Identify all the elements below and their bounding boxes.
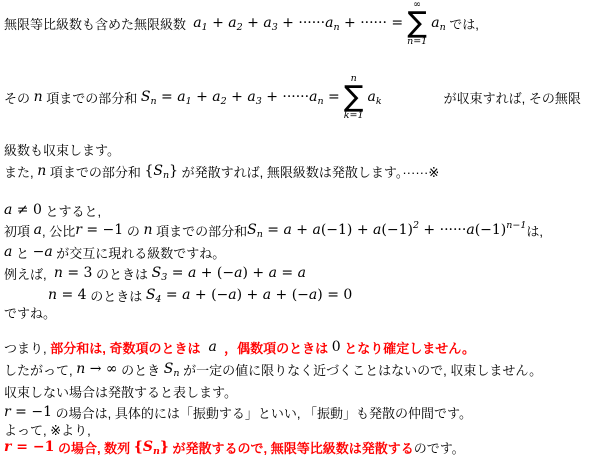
text-segment: { <box>134 439 143 455</box>
text-segment: S <box>146 287 156 303</box>
text-segment: ) = 0 <box>317 287 352 303</box>
text-segment: 1 <box>202 22 208 33</box>
text-segment: n <box>48 287 57 303</box>
text-segment: a <box>283 222 291 238</box>
text-segment: = <box>277 265 298 281</box>
partial-sum-formula-line: 初項 a, 公比r = −1 の n 項までの部分和Sn = a + a(−1)… <box>4 221 543 239</box>
conclusion-oscillation-line: つまり, 部分和は, 奇数項のときは a ，偶数項のときは 0 となり確定しませ… <box>4 338 475 356</box>
text-segment: n <box>37 163 46 179</box>
text-segment: = <box>157 89 178 105</box>
text-segment: 初項 <box>4 221 34 240</box>
text-segment: a <box>247 89 255 105</box>
text-segment: また, <box>4 162 37 181</box>
text-segment: r <box>4 439 11 455</box>
oscillation-explanation-line: r = −1 の場合は, 具体的には「振動する」といい, 「振動」も発散の仲間で… <box>4 403 472 421</box>
text-segment: n−1 <box>506 220 526 231</box>
text-segment: 1 <box>186 96 192 107</box>
text-segment: のときは <box>92 264 151 283</box>
text-segment: a <box>228 287 236 303</box>
text-segment: a <box>234 265 242 281</box>
text-segment: a <box>177 89 185 105</box>
no-convergence-line: したがって, n → ∞ のとき Sn が一定の値に限りなく近づくことはないので… <box>4 360 542 378</box>
text-segment: が発散するので, 無限等比級数は発散する <box>169 438 414 457</box>
text-segment: n <box>440 22 446 33</box>
text-segment: ですね。 <box>4 303 56 322</box>
text-segment: と <box>12 243 32 262</box>
text-segment: a <box>182 287 190 303</box>
text-segment: (−1) + <box>321 222 373 238</box>
text-segment: 例えば, <box>4 264 54 283</box>
text-segment: n <box>173 368 179 379</box>
text-segment: が収束すれば, その無限 <box>444 88 581 107</box>
text-segment: + <box>227 89 248 105</box>
series-converges-line: 級数も収束します。 <box>4 140 120 158</box>
therefore-line: よって, ※より, <box>4 420 91 438</box>
text-segment: ，偶数項のときは <box>217 338 332 357</box>
text-segment: したがって, <box>4 360 76 379</box>
text-segment: S <box>153 163 163 179</box>
text-segment: が発散すれば, 無限級数は発散します。······※ <box>178 162 439 181</box>
text-segment: = 4 <box>57 287 87 303</box>
text-segment: 3 <box>161 272 167 283</box>
text-segment: 項までの部分和 <box>46 162 144 181</box>
alternating-series-line: a と −a が交互に現れる級数ですね。 <box>4 243 225 261</box>
text-segment: r <box>4 404 11 420</box>
text-segment: = −1 <box>82 222 123 238</box>
text-segment: S <box>164 361 174 377</box>
text-segment: a <box>188 265 196 281</box>
text-segment: (−1) <box>381 222 413 238</box>
text-segment: + (− <box>271 287 309 303</box>
text-segment: a <box>4 202 12 218</box>
document-page: 無限等比級数も含めた無限級数 a1 + a2 + a3 + ······an +… <box>0 0 593 459</box>
text-segment: つまり, <box>4 338 50 357</box>
text-segment: n <box>150 96 156 107</box>
text-segment: } <box>160 439 169 455</box>
divergence-term-line: 収束しない場合は発散すると表します。 <box>4 382 237 400</box>
text-segment: a <box>269 265 277 281</box>
text-segment: が交互に現れる級数ですね。 <box>53 243 226 262</box>
text-segment: = <box>324 89 340 105</box>
text-segment: その <box>4 88 34 107</box>
text-segment: 収束しない場合は発散すると表します。 <box>4 382 237 401</box>
text-segment: の場合, 数列 <box>54 438 133 457</box>
text-segment: a <box>204 339 217 355</box>
text-segment: の <box>123 221 143 240</box>
text-segment: a <box>212 89 220 105</box>
sigma-lower-limit: n=1 <box>407 37 427 47</box>
example-n3-line: 例えば, n = 3 のときは S3 = a + (−a) + a = a <box>4 264 306 282</box>
desune-line: ですね。 <box>4 303 56 321</box>
text-segment: a <box>368 89 376 105</box>
text-segment: a <box>193 15 201 31</box>
text-segment: a <box>44 244 52 260</box>
text-segment: a <box>373 222 381 238</box>
text-segment: a <box>312 222 320 238</box>
text-segment: では, <box>446 14 479 33</box>
text-segment: + (− <box>190 287 228 303</box>
text-segment: → ∞ <box>85 361 117 377</box>
text-segment: r <box>75 222 82 238</box>
text-segment: = −1 <box>11 404 52 420</box>
text-segment: n <box>153 446 160 457</box>
text-segment: n <box>143 222 152 238</box>
text-segment: + <box>208 15 229 31</box>
text-segment: 項までの部分和 <box>43 88 141 107</box>
text-segment: ≠ 0 <box>12 202 42 218</box>
text-segment: , 公比 <box>42 221 75 240</box>
text-segment: a <box>263 15 271 31</box>
example-n4-line: n = 4 のときは S4 = a + (−a) + a + (−a) = 0 <box>48 286 352 304</box>
text-segment: S <box>141 89 151 105</box>
text-segment: 級数も収束します。 <box>4 140 120 159</box>
text-segment: n <box>333 22 339 33</box>
text-segment: + (− <box>196 265 234 281</box>
text-segment: とすると, <box>42 201 101 220</box>
text-segment: のです。 <box>414 438 465 457</box>
text-segment: 3 <box>272 22 278 33</box>
text-segment: + ······ <box>419 222 466 238</box>
text-segment: n <box>54 265 63 281</box>
text-segment: { <box>145 163 154 179</box>
text-segment: 2 <box>221 96 227 107</box>
sigma-lower-limit: k=1 <box>344 111 364 121</box>
text-segment: a <box>228 15 236 31</box>
text-segment: + ······ = <box>340 15 404 31</box>
text-segment: 無限等比級数も含めた無限級数 <box>4 14 193 33</box>
text-segment: n <box>257 229 263 240</box>
text-segment: のとき <box>118 360 164 379</box>
text-segment: ) + <box>237 287 263 303</box>
text-segment: となり確定しません。 <box>341 338 475 357</box>
text-segment: n <box>34 89 43 105</box>
text-segment: 2 <box>237 22 243 33</box>
text-segment: a <box>325 15 333 31</box>
text-segment: a <box>431 15 439 31</box>
divergence-note-line: また, n 項までの部分和 {Sn} が発散すれば, 無限級数は発散します。··… <box>4 162 439 180</box>
text-segment: n <box>317 96 323 107</box>
text-segment: n <box>163 170 169 181</box>
text-segment: = 3 <box>63 265 93 281</box>
text-segment: 3 <box>256 96 262 107</box>
text-segment: よって, ※より, <box>4 420 91 439</box>
text-segment: S <box>152 265 162 281</box>
text-segment: + ······ <box>262 89 309 105</box>
text-segment: + <box>192 89 213 105</box>
text-segment: (−1) <box>475 222 507 238</box>
partial-sum-line: その n 項までの部分和 Sn = a1 + a2 + a3 + ······a… <box>4 88 581 106</box>
sigma-notation: n∑k=1 <box>344 74 364 121</box>
assumption-line: a ≠ 0 とすると, <box>4 201 101 219</box>
text-segment: S <box>247 222 257 238</box>
text-segment: + <box>243 15 264 31</box>
text-segment: 2 <box>413 220 419 231</box>
text-segment: のときは <box>87 286 146 305</box>
text-segment: が一定の値に限りなく近づくことはないので, 収束しません。 <box>180 360 543 379</box>
text-segment: = <box>263 222 284 238</box>
series-definition-line: 無限等比級数も含めた無限級数 a1 + a2 + a3 + ······an +… <box>4 14 479 32</box>
text-segment: = −1 <box>11 439 54 455</box>
final-conclusion-line: r = −1 の場合, 数列 {Sn} が発散するので, 無限等比級数は発散する… <box>4 438 465 456</box>
text-segment: = <box>161 287 182 303</box>
text-segment: 部分和は, 奇数項のときは <box>50 338 204 357</box>
text-segment: ) + <box>242 265 268 281</box>
text-segment: 0 <box>332 339 341 355</box>
text-segment: = <box>167 265 188 281</box>
text-segment: 項までの部分和 <box>152 221 247 240</box>
text-segment: a <box>298 265 306 281</box>
text-segment: + ······ <box>278 15 325 31</box>
text-segment: a <box>4 244 12 260</box>
text-segment: 4 <box>155 294 161 305</box>
text-segment: は, <box>526 221 543 240</box>
text-segment: + <box>292 222 313 238</box>
text-segment: の場合は, 具体的には「振動する」といい, 「振動」も発散の仲間です。 <box>52 403 472 422</box>
text-segment: − <box>33 244 45 260</box>
text-segment: n <box>76 361 85 377</box>
text-segment: a <box>466 222 474 238</box>
sigma-notation: ∞∑n=1 <box>407 0 427 46</box>
text-segment: a <box>309 287 317 303</box>
sigma-symbol: ∑ <box>344 83 364 111</box>
text-segment: S <box>143 439 153 455</box>
text-segment: k <box>376 96 382 107</box>
text-segment: } <box>169 163 178 179</box>
sigma-symbol: ∑ <box>407 9 427 37</box>
text-segment: a <box>309 89 317 105</box>
text-segment: a <box>34 222 42 238</box>
text-segment: a <box>263 287 271 303</box>
